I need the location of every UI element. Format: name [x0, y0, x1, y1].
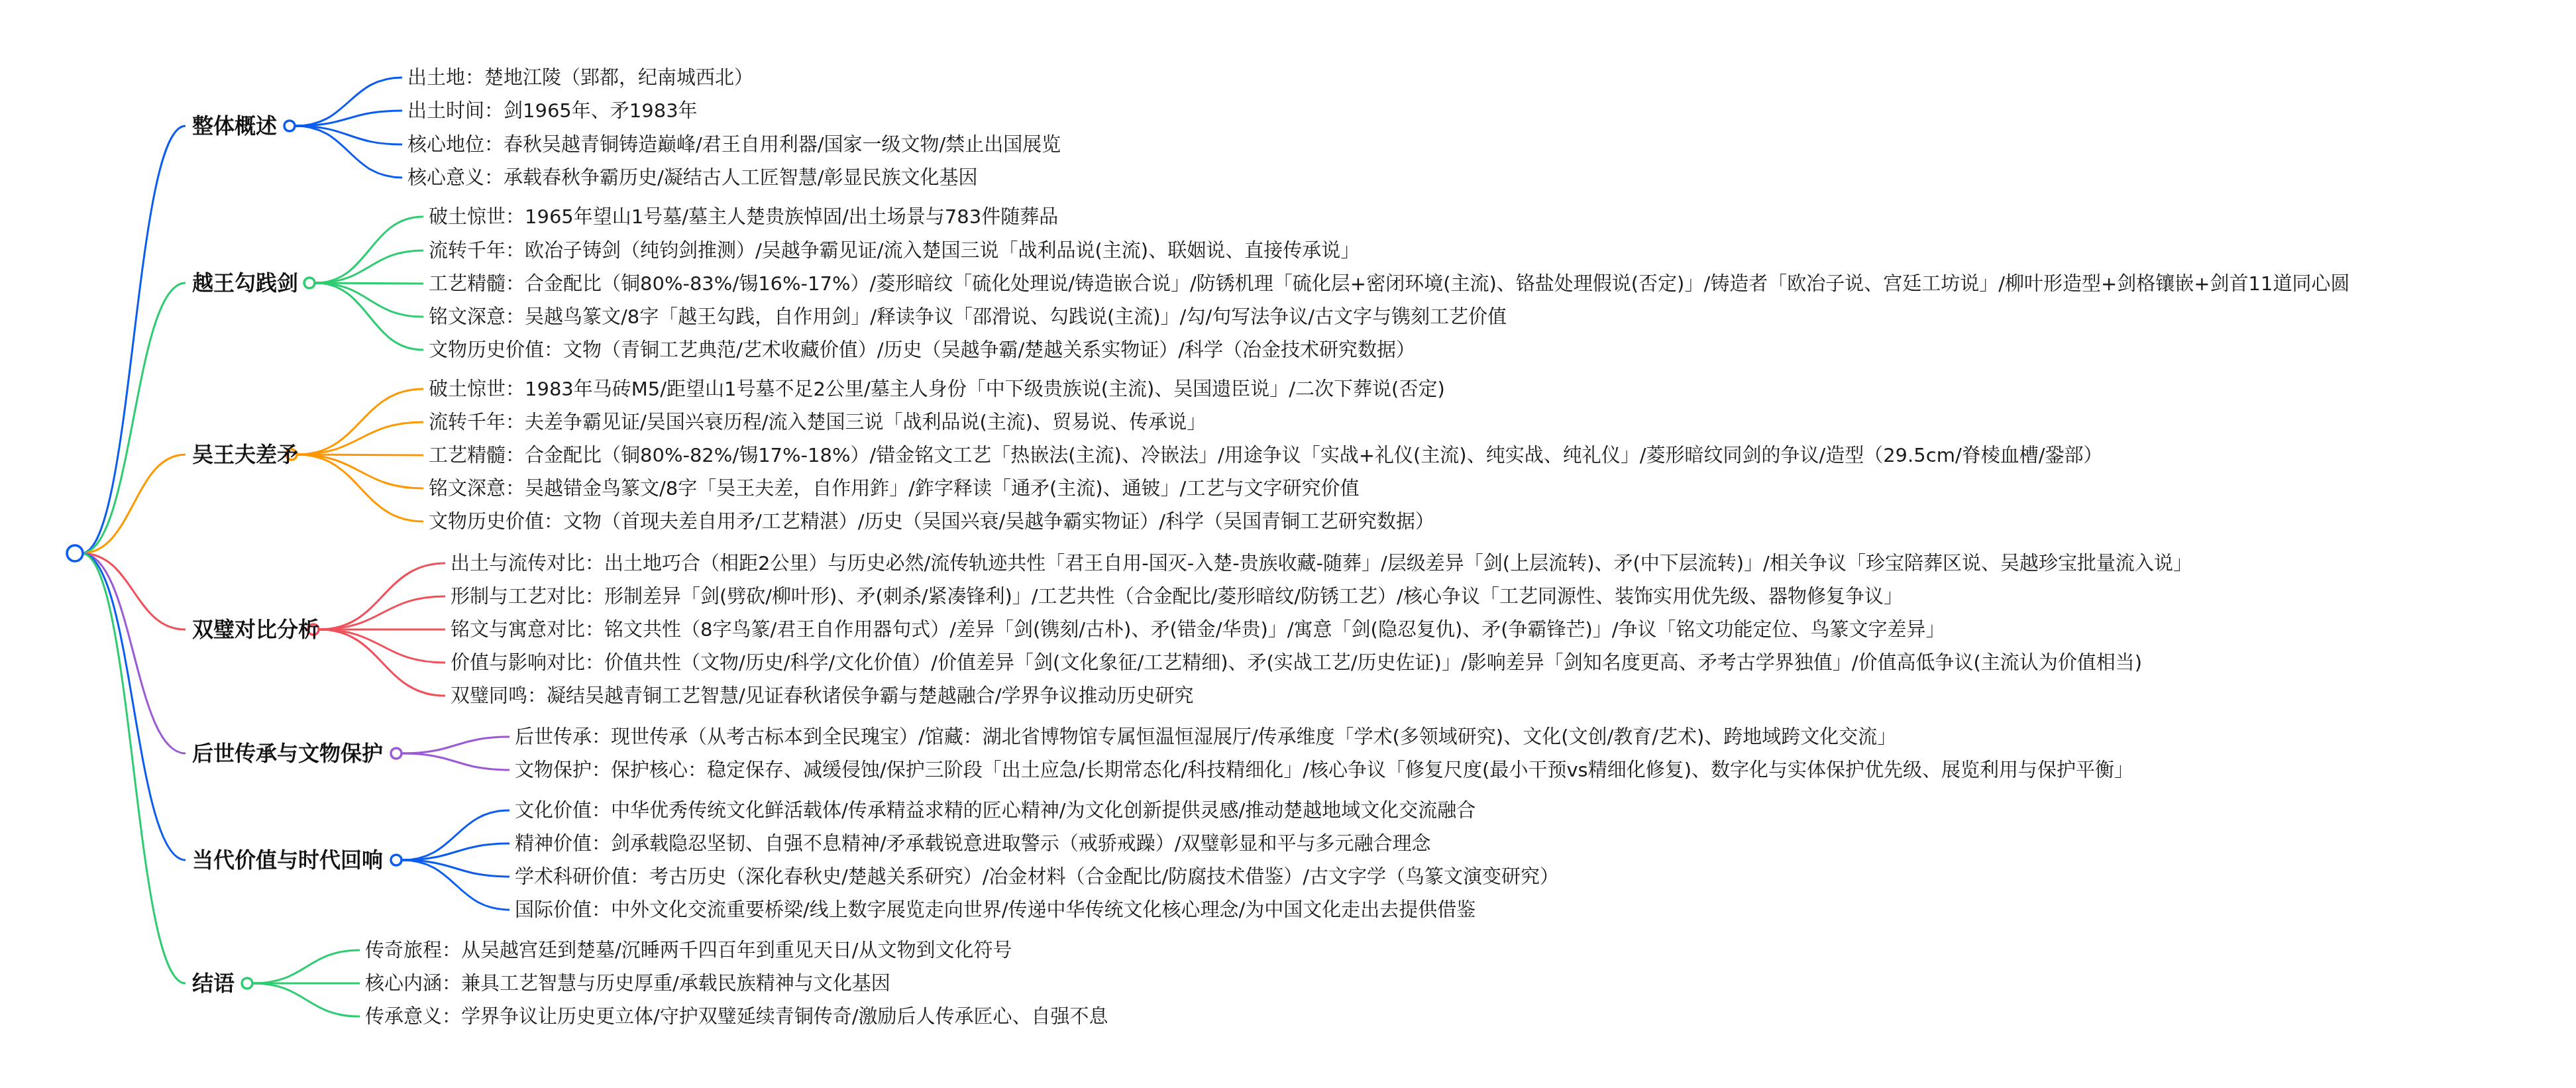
- branch-node-label[interactable]: 结语: [192, 970, 235, 997]
- leaf-node[interactable]: 核心意义：承载春秋争霸历史/凝结古人工匠智慧/彰显民族文化基因: [407, 165, 978, 190]
- leaf-node[interactable]: 传奇旅程：从吴越宫廷到楚墓/沉睡两千四百年到重见天日/从文物到文化符号: [365, 938, 1012, 963]
- leaf-node[interactable]: 出土时间：剑1965年、矛1983年: [407, 98, 698, 123]
- branch-node-label[interactable]: 双璧对比分析: [192, 616, 319, 643]
- leaf-edge: [315, 250, 423, 283]
- leaf-edge: [315, 283, 423, 317]
- branch-edge: [81, 553, 186, 983]
- leaf-edge: [319, 563, 445, 629]
- collapse-toggle-icon[interactable]: [391, 748, 402, 759]
- leaf-edge: [319, 629, 445, 663]
- leaf-edge: [297, 455, 423, 488]
- branch-node-label[interactable]: 吴王夫差矛: [192, 441, 298, 468]
- collapse-toggle-icon[interactable]: [304, 278, 315, 288]
- leaf-node[interactable]: 铭文深意：吴越错金鸟篆文/8字「吴王夫差，自作用鈼」/鈼字释读「通矛(主流)、通…: [429, 476, 1359, 501]
- leaf-edge: [295, 126, 402, 178]
- collapse-toggle-icon[interactable]: [391, 855, 402, 865]
- leaf-node[interactable]: 文物历史价值：文物（青铜工艺典范/艺术收藏价值）/历史（吴越争霸/楚越关系实物证…: [429, 337, 1415, 362]
- leaf-node[interactable]: 破土惊世：1983年马砖M5/距望山1号墓不足2公里/墓主人身份「中下级贵族说(…: [429, 376, 1445, 402]
- branch-node-label[interactable]: 越王勾践剑: [192, 270, 298, 296]
- leaf-node[interactable]: 国际价值：中外文化交流重要桥梁/线上数字展览走向世界/传递中华传统文化核心理念/…: [515, 897, 1476, 922]
- mindmap-edges: [0, 0, 2576, 1088]
- leaf-node[interactable]: 工艺精髓：合金配比（铜80%-83%/锡16%-17%）/菱形暗纹「硫化处理说/…: [429, 271, 2349, 296]
- leaf-node[interactable]: 铭文深意：吴越鸟篆文/8字「越王勾践，自作用剑」/释读争议「邵滑说、勾践说(主流…: [429, 304, 1507, 329]
- leaf-node[interactable]: 双璧同鸣：凝结吴越青铜工艺智慧/见证春秋诸侯争霸与楚越融合/学界争议推动历史研究: [451, 683, 1194, 708]
- leaf-node[interactable]: 工艺精髓：合金配比（铜80%-82%/锡17%-18%）/错金铭文工艺「热嵌法(…: [429, 443, 2102, 468]
- branch-node-label[interactable]: 当代价值与时代回响: [192, 847, 383, 873]
- leaf-node[interactable]: 铭文与寓意对比：铭文共性（8字鸟篆/君王自作用器句式）/差异「剑(镌刻/古朴)、…: [451, 617, 1945, 642]
- leaf-edge: [297, 422, 423, 455]
- leaf-node[interactable]: 后世传承：现世传承（从考古标本到全民瑰宝）/馆藏：湖北省博物馆专属恒温恒湿展厅/…: [515, 724, 1896, 749]
- collapse-toggle-icon[interactable]: [242, 978, 252, 989]
- leaf-node[interactable]: 形制与工艺对比：形制差异「剑(劈砍/柳叶形)、矛(刺杀/紧凑锋利)」/工艺共性（…: [451, 584, 1903, 609]
- leaf-node[interactable]: 精神价值：剑承载隐忍坚韧、自强不息精神/矛承载锐意进取警示（戒骄戒躁）/双璧彰显…: [515, 831, 1431, 856]
- branch-node-label[interactable]: 整体概述: [192, 113, 277, 139]
- leaf-node[interactable]: 核心内涵：兼具工艺智慧与历史厚重/承载民族精神与文化基因: [365, 971, 890, 996]
- leaf-node[interactable]: 文物历史价值：文物（首现夫差自用矛/工艺精湛）/历史（吴国兴衰/吴越争霸实物证）…: [429, 509, 1434, 534]
- branch-node-label[interactable]: 后世传承与文物保护: [192, 740, 383, 767]
- leaf-node[interactable]: 传承意义：学界争议让历史更立体/守护双璧延续青铜传奇/激励后人传承匠心、自强不息: [365, 1004, 1108, 1029]
- leaf-node[interactable]: 出土与流传对比：出土地巧合（相距2公里）与历史必然/流传轨迹共性「君王自用-国灭…: [451, 551, 2192, 576]
- leaf-edge: [315, 217, 423, 283]
- leaf-node[interactable]: 出土地：楚地江陵（郢都，纪南城西北）: [407, 65, 753, 90]
- leaf-edge: [297, 389, 423, 455]
- collapse-toggle-icon[interactable]: [284, 121, 295, 131]
- leaf-node[interactable]: 文物保护：保护核心：稳定保存、减缓侵蚀/保护三阶段「出土应急/长期常态化/科技精…: [515, 757, 2133, 783]
- branch-edge: [81, 553, 186, 753]
- branch-edge: [81, 553, 186, 860]
- leaf-edge: [402, 737, 510, 753]
- leaf-edge: [402, 753, 510, 770]
- branch-edge: [81, 126, 186, 553]
- leaf-node[interactable]: 文化价值：中华优秀传统文化鲜活载体/传承精益求精的匠心精神/为文化创新提供灵感/…: [515, 798, 1476, 823]
- leaf-edge: [253, 950, 360, 983]
- leaf-node[interactable]: 破土惊世：1965年望山1号墓/墓主人楚贵族悼固/出土场景与783件随葬品: [429, 204, 1058, 229]
- leaf-edge: [319, 596, 445, 629]
- leaf-edge: [319, 629, 445, 696]
- root-node-icon[interactable]: [67, 545, 83, 561]
- leaf-node[interactable]: 流转千年：欧冶子铸剑（纯钧剑推测）/吴越争霸见证/流入楚国三说「战利品说(主流)…: [429, 238, 1360, 263]
- branch-edge: [81, 283, 186, 553]
- leaf-node[interactable]: 核心地位：春秋吴越青铜铸造巅峰/君王自用利器/国家一级文物/禁止出国展览: [407, 132, 1061, 157]
- leaf-node[interactable]: 价值与影响对比：价值共性（文物/历史/科学/文化价值）/价值差异「剑(文化象征/…: [451, 650, 2142, 675]
- leaf-node[interactable]: 学术科研价值：考古历史（深化春秋史/楚越关系研究）/冶金材料（合金配比/防腐技术…: [515, 864, 1559, 889]
- leaf-node[interactable]: 流转千年：夫差争霸见证/吴国兴衰历程/流入楚国三说「战利品说(主流)、贸易说、传…: [429, 409, 1206, 435]
- leaf-edge: [253, 983, 360, 1016]
